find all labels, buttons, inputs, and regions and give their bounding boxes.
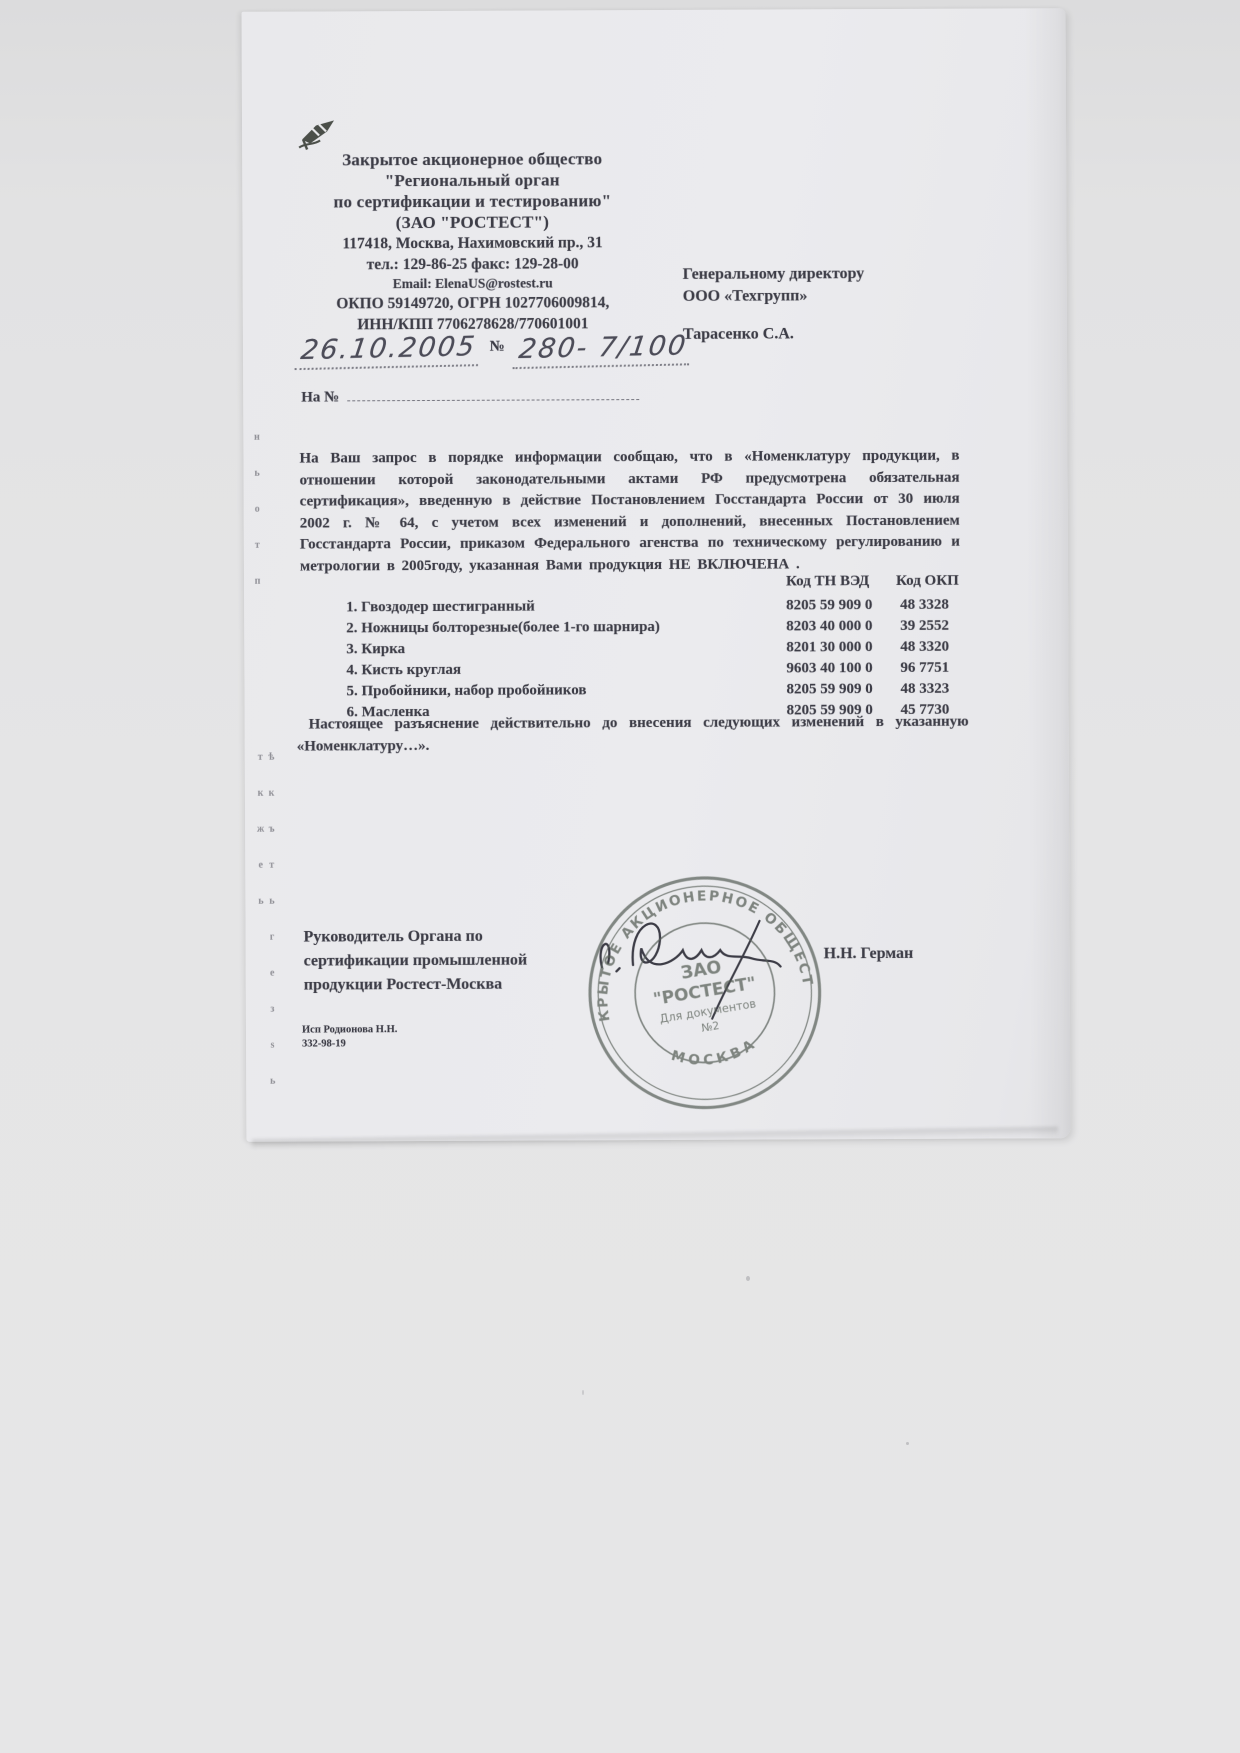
- letter-paper: Закрытое акционерное общество "Региональ…: [242, 8, 1071, 1142]
- reference-line: 26.10.2005№280- 7/100: [297, 332, 717, 369]
- signatory-title-line: сертификации промышленной: [304, 948, 584, 973]
- company-header-line: Закрытое акционерное общество: [248, 148, 696, 171]
- tnved-code: 8205 59 909 0: [786, 681, 872, 698]
- signatory-title: Руководитель Органа по сертификации пром…: [304, 924, 584, 997]
- product-table: 1. Гвоздодер шестигранный 8205 59 909 0 …: [300, 596, 1001, 725]
- company-address-line: 117418, Москва, Нахимовский пр., 31: [249, 232, 697, 255]
- handwritten-number: 280- 7/100: [512, 330, 693, 369]
- product-name: 2. Ножницы болторезные(более 1-го шарнир…: [346, 619, 660, 636]
- addressee-line: ООО «Техгрупп»: [683, 285, 983, 308]
- scan-artifact: [746, 1276, 750, 1281]
- table-row: 3. Кирка 8201 30 000 0 48 3320: [300, 638, 1000, 662]
- executor-block: Исп Родионова Н.Н. 332-98-19: [302, 1023, 398, 1051]
- okp-code: 39 2552: [900, 618, 949, 635]
- svg-text:МОСКВА: МОСКВА: [667, 1034, 763, 1075]
- reply-ref-label: На №: [301, 389, 339, 405]
- executor-name: Исп Родионова Н.Н.: [302, 1023, 397, 1037]
- signatory-name: Н.Н. Герман: [824, 945, 914, 963]
- product-name: 5. Пробойники, набор пробойников: [346, 682, 586, 699]
- signatory-title-line: продукции Ростест-Москва: [304, 972, 584, 997]
- okp-code: 48 3320: [900, 639, 949, 656]
- product-name: 4. Кисть круглая: [346, 662, 461, 678]
- column-header-tnved: Код ТН ВЭД: [786, 573, 869, 590]
- number-sign: №: [490, 339, 505, 355]
- official-stamp: ЗАКРЫТОЕ АКЦИОНЕРНОЕ ОБЩЕСТВО МОСКВА ЗАО…: [564, 852, 846, 1134]
- okp-code: 48 3323: [900, 681, 949, 698]
- company-header-line: "Региональный орган: [248, 169, 696, 192]
- scanned-page: Закрытое акционерное общество "Региональ…: [0, 0, 1240, 1753]
- scan-artifact-marks: н ь о т п: [251, 432, 263, 602]
- handwritten-date: 26.10.2005: [294, 331, 482, 370]
- tnved-code: 9603 40 100 0: [786, 660, 872, 677]
- company-okpo-line: ОКПО 59149720, ОГРН 1027706009814,: [249, 292, 697, 315]
- company-phone-line: тел.: 129-86-25 факс: 129-28-00: [249, 253, 697, 276]
- scan-artifact: [582, 1390, 584, 1395]
- company-header: Закрытое акционерное общество "Региональ…: [248, 148, 697, 336]
- scan-artifact: [906, 1442, 909, 1445]
- addressee-block: Генеральному директору ООО «Техгрупп» Та…: [683, 263, 983, 346]
- product-name: 1. Гвоздодер шестигранный: [346, 599, 535, 616]
- reply-reference: На №: [301, 388, 639, 406]
- stamp-ring-text-bottom: МОСКВА: [667, 1034, 763, 1075]
- okp-code: 48 3328: [900, 597, 949, 614]
- addressee-line: Генеральному директору: [683, 263, 983, 286]
- table-row: 4. Кисть круглая 9603 40 100 0 96 7751: [300, 659, 1000, 683]
- okp-code: 96 7751: [900, 660, 949, 677]
- closing-paragraph: Настоящее разъяснение действительно до в…: [297, 711, 969, 758]
- signatory-title-line: Руководитель Органа по: [304, 924, 584, 949]
- table-row: 2. Ножницы болторезные(более 1-го шарнир…: [300, 617, 1000, 641]
- scan-artifact-marks: ѣ к ъ т ь г е з ѕ ь т к ж е ь: [255, 752, 279, 1112]
- company-email-line: Email: ElenaUS@rostest.ru: [249, 274, 697, 294]
- tnved-code: 8201 30 000 0: [786, 639, 872, 656]
- table-row: 5. Пробойники, набор пробойников 8205 59…: [300, 680, 1000, 704]
- company-header-line: (ЗАО "РОСТЕСТ"): [248, 211, 696, 234]
- body-paragraph: На Ваш запрос в порядке информации сообщ…: [299, 446, 960, 578]
- tnved-code: 8205 59 909 0: [786, 597, 872, 614]
- recipient-name: Тарасенко С.А.: [683, 323, 983, 346]
- executor-phone: 332-98-19: [302, 1037, 397, 1051]
- table-row: 1. Гвоздодер шестигранный 8205 59 909 0 …: [300, 596, 1000, 620]
- reply-ref-blank-line: [347, 388, 639, 401]
- tnved-code: 8203 40 000 0: [786, 618, 872, 635]
- product-name: 3. Кирка: [346, 641, 405, 657]
- stamp-center-line: №2: [700, 1019, 720, 1035]
- company-header-line: по сертификации и тестированию": [248, 190, 696, 213]
- column-header-okp: Код ОКП: [896, 573, 959, 590]
